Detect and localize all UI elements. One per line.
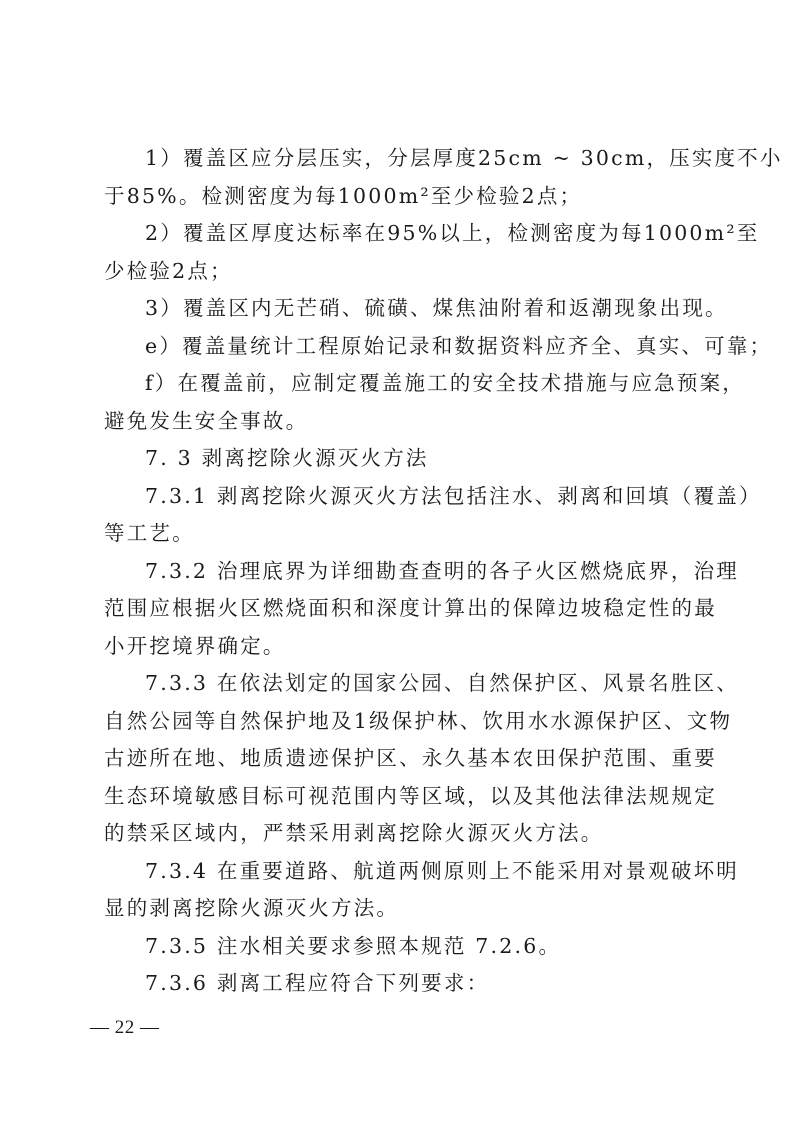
clause-7-3-1-line-1: 7.3.1 剥离挖除火源灭火方法包括注水、剥离和回填（覆盖） — [104, 478, 692, 516]
paragraph-item-1-line-1: 1）覆盖区应分层压实，分层厚度25cm ~ 30cm，压实度不小 — [104, 140, 692, 178]
clause-7-3-6-line-1: 7.3.6 剥离工程应符合下列要求： — [104, 965, 692, 1003]
paragraph-item-3-line-1: 3）覆盖区内无芒硝、硫磺、煤焦油附着和返潮现象出现。 — [104, 290, 692, 328]
clause-7-3-3-line-3: 古迹所在地、地质遗迹保护区、永久基本农田保护范围、重要 — [104, 740, 692, 778]
paragraph-item-f-line-2: 避免发生安全事故。 — [104, 403, 692, 441]
clause-7-3-2-line-3: 小开挖境界确定。 — [104, 628, 692, 666]
clause-7-3-1-line-2: 等工艺。 — [104, 515, 692, 553]
document-page: 1）覆盖区应分层压实，分层厚度25cm ~ 30cm，压实度不小 于85%。检测… — [0, 0, 793, 1122]
document-body: 1）覆盖区应分层压实，分层厚度25cm ~ 30cm，压实度不小 于85%。检测… — [104, 140, 692, 1003]
clause-7-3-4-line-1: 7.3.4 在重要道路、航道两侧原则上不能采用对景观破坏明 — [104, 853, 692, 891]
page-number: — 22 — — [90, 1017, 160, 1039]
clause-7-3-2-line-2: 范围应根据火区燃烧面积和深度计算出的保障边坡稳定性的最 — [104, 590, 692, 628]
paragraph-item-1-line-2: 于85%。检测密度为每1000m²至少检验2点； — [104, 178, 692, 216]
clause-7-3-5-line-1: 7.3.5 注水相关要求参照本规范 7.2.6。 — [104, 928, 692, 966]
clause-7-3-3-line-4: 生态环境敏感目标可视范围内等区域，以及其他法律法规规定 — [104, 778, 692, 816]
clause-7-3-2-line-1: 7.3.2 治理底界为详细勘查查明的各子火区燃烧底界，治理 — [104, 553, 692, 591]
paragraph-item-2-line-2: 少检验2点； — [104, 253, 692, 291]
paragraph-item-f-line-1: f）在覆盖前，应制定覆盖施工的安全技术措施与应急预案， — [104, 365, 692, 403]
clause-7-3-3-line-1: 7.3.3 在依法划定的国家公园、自然保护区、风景名胜区、 — [104, 665, 692, 703]
paragraph-item-2-line-1: 2）覆盖区厚度达标率在95%以上，检测密度为每1000m²至 — [104, 215, 692, 253]
clause-7-3-4-line-2: 显的剥离挖除火源灭火方法。 — [104, 890, 692, 928]
section-heading-7-3: 7. 3 剥离挖除火源灭火方法 — [104, 440, 692, 478]
paragraph-item-e-line-1: e）覆盖量统计工程原始记录和数据资料应齐全、真实、可靠； — [104, 328, 692, 366]
clause-7-3-3-line-2: 自然公园等自然保护地及1级保护林、饮用水水源保护区、文物 — [104, 703, 692, 741]
clause-7-3-3-line-5: 的禁采区域内，严禁采用剥离挖除火源灭火方法。 — [104, 815, 692, 853]
